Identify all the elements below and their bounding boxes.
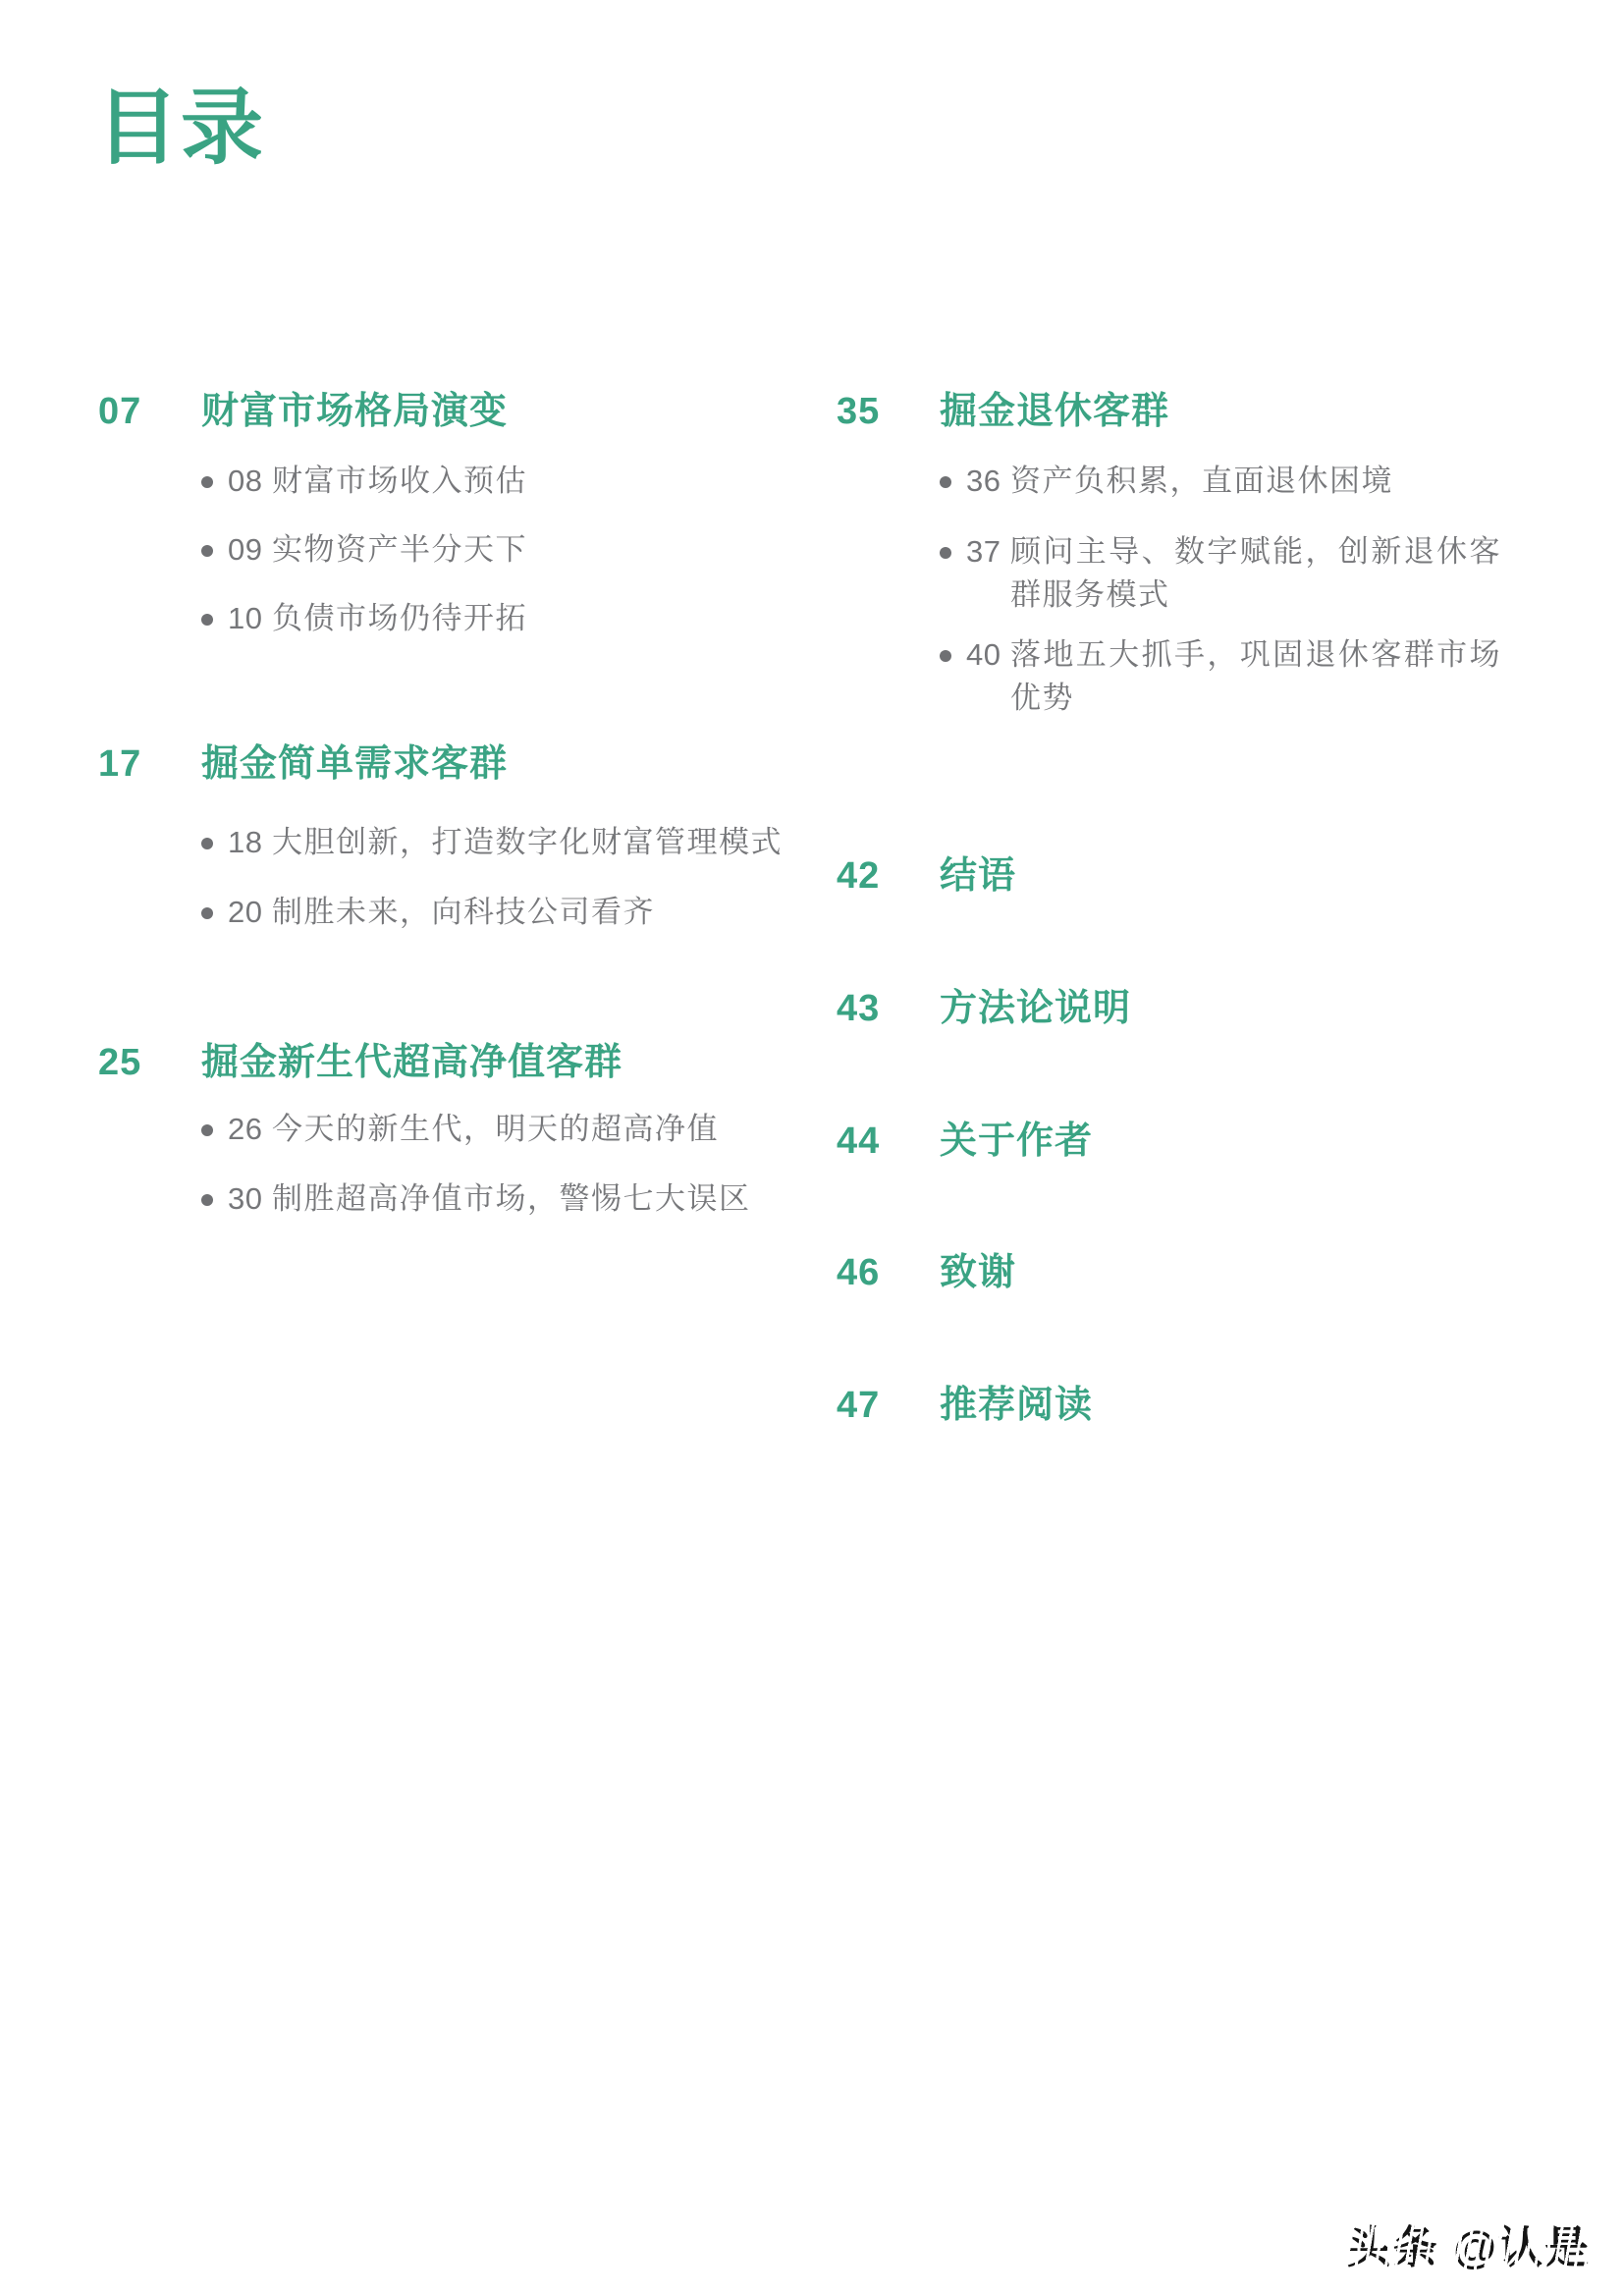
toc-section-number: 07 [98, 389, 201, 434]
toc-section-number: 47 [837, 1383, 940, 1428]
bullet-dot-icon [201, 1124, 213, 1136]
toc-section-title: 财富市场格局演变 [201, 389, 508, 434]
toc-section-simple-needs: 17 掘金简单需求客群 [98, 741, 508, 787]
toc-section-methodology: 43 方法论说明 [837, 986, 1131, 1031]
toc-section-title: 推荐阅读 [940, 1383, 1093, 1428]
toc-section-number: 43 [837, 986, 940, 1031]
toc-item-page-number: 40 [966, 633, 1010, 677]
bullet-dot-icon [201, 907, 213, 919]
bullet-dot-icon [940, 476, 951, 488]
toc-item-title: 财富市场收入预估 [272, 460, 527, 503]
bullet-dot-icon [201, 476, 213, 488]
toc-section-wealth-market: 07 财富市场格局演变 [98, 389, 508, 434]
watermark: 头条 @认是 [1347, 2212, 1591, 2275]
toc-item-title: 资产负积累，直面退休困境 [1010, 460, 1393, 503]
toc-section-title: 结语 [940, 853, 1016, 899]
toc-item-title: 负债市场仍待开拓 [272, 597, 527, 640]
toc-item: 30 制胜超高净值市场，警惕七大误区 [201, 1177, 751, 1221]
toc-section-about-authors: 44 关于作者 [837, 1119, 1093, 1164]
toc-item-page-number: 36 [966, 460, 1010, 503]
page-title: 目录 [96, 82, 265, 173]
bullet-dot-icon [201, 614, 213, 626]
toc-section-recommended-reading: 47 推荐阅读 [837, 1383, 1093, 1428]
toc-section-title: 致谢 [940, 1250, 1016, 1295]
toc-item-title: 落地五大抓手，巩固退休客群市场优势 [1010, 633, 1501, 720]
toc-section-title: 方法论说明 [940, 986, 1131, 1031]
toc-item-page-number: 20 [228, 891, 272, 934]
toc-item: 20 制胜未来，向科技公司看齐 [201, 891, 655, 934]
toc-item-title: 顾问主导、数字赋能，创新退休客群服务模式 [1010, 530, 1501, 617]
bullet-dot-icon [940, 650, 951, 662]
toc-section-retirement: 35 掘金退休客群 [837, 389, 1169, 434]
toc-item-page-number: 26 [228, 1108, 272, 1151]
toc-section-title: 关于作者 [940, 1119, 1093, 1164]
toc-item: 10 负债市场仍待开拓 [201, 597, 527, 640]
toc-item-title: 制胜超高净值市场，警惕七大误区 [272, 1177, 751, 1221]
toc-item: 26 今天的新生代，明天的超高净值 [201, 1108, 719, 1151]
toc-item: 09 实物资产半分天下 [201, 528, 527, 572]
toc-item-title: 大胆创新，打造数字化财富管理模式 [272, 821, 783, 864]
bullet-dot-icon [940, 547, 951, 559]
bullet-dot-icon [201, 838, 213, 849]
toc-section-number: 42 [837, 853, 940, 899]
toc-section-new-gen-uhnw: 25 掘金新生代超高净值客群 [98, 1040, 622, 1085]
toc-section-title: 掘金简单需求客群 [201, 741, 508, 787]
toc-item-page-number: 30 [228, 1177, 272, 1221]
toc-section-number: 46 [837, 1250, 940, 1295]
toc-section-number: 25 [98, 1040, 201, 1085]
toc-section-title: 掘金退休客群 [940, 389, 1169, 434]
bullet-dot-icon [201, 1194, 213, 1206]
toc-item-page-number: 37 [966, 530, 1010, 574]
toc-section-conclusion: 42 结语 [837, 853, 1016, 899]
toc-page: 目录 07 财富市场格局演变 08 财富市场收入预估 09 实物资产半分天下 1… [0, 0, 1623, 2296]
toc-item: 37 顾问主导、数字赋能，创新退休客群服务模式 [940, 530, 1501, 617]
toc-item-title: 今天的新生代，明天的超高净值 [272, 1108, 719, 1151]
bullet-dot-icon [201, 545, 213, 557]
toc-section-title: 掘金新生代超高净值客群 [201, 1040, 622, 1085]
toc-item: 40 落地五大抓手，巩固退休客群市场优势 [940, 633, 1501, 720]
toc-item: 36 资产负积累，直面退休困境 [940, 460, 1393, 503]
toc-item-title: 制胜未来，向科技公司看齐 [272, 891, 655, 934]
toc-item-page-number: 08 [228, 460, 272, 503]
toc-item: 18 大胆创新，打造数字化财富管理模式 [201, 821, 783, 864]
toc-item-title: 实物资产半分天下 [272, 528, 527, 572]
toc-item-page-number: 18 [228, 821, 272, 864]
toc-section-number: 17 [98, 741, 201, 787]
toc-section-number: 44 [837, 1119, 940, 1164]
toc-item-page-number: 10 [228, 597, 272, 640]
toc-section-acknowledgements: 46 致谢 [837, 1250, 1016, 1295]
toc-item: 08 财富市场收入预估 [201, 460, 527, 503]
toc-section-number: 35 [837, 389, 940, 434]
toc-item-page-number: 09 [228, 528, 272, 572]
